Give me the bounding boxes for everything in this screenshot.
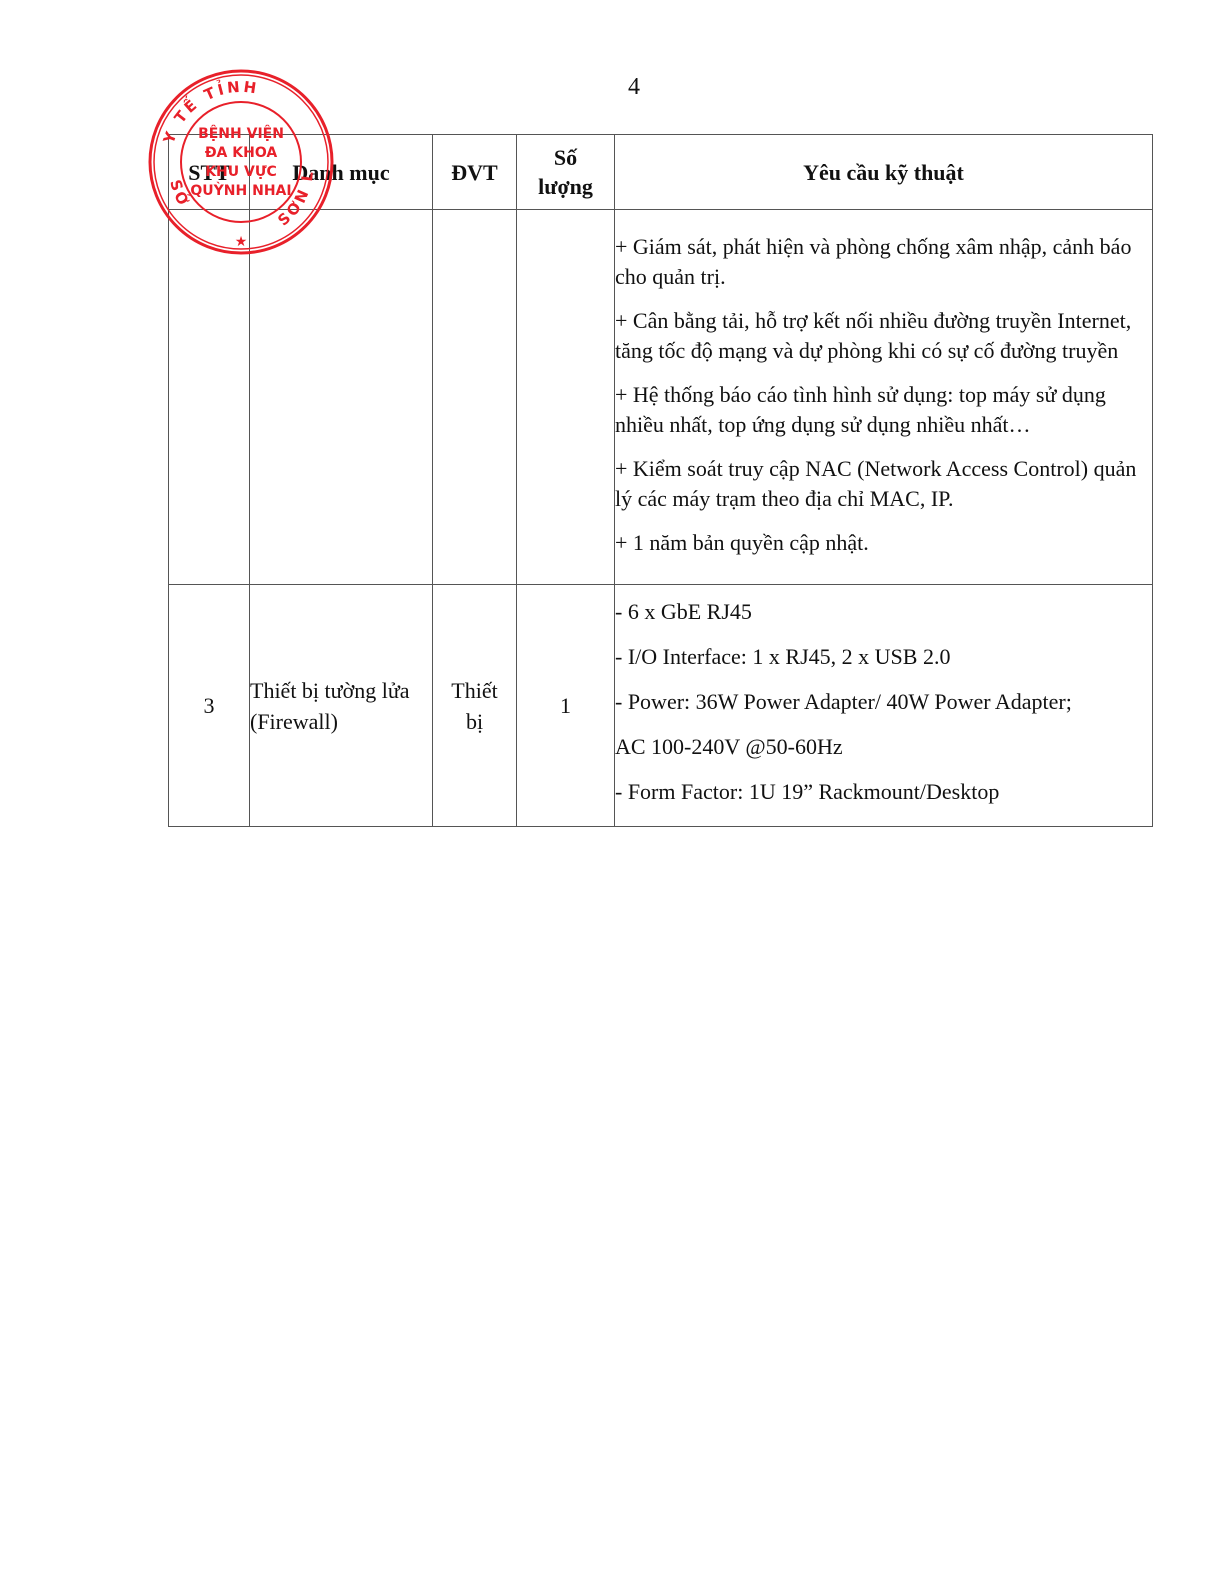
- header-stt: STT: [169, 135, 250, 210]
- requirement-item: + Cân bằng tải, hỗ trợ kết nối nhiều đườ…: [615, 306, 1152, 366]
- cell-name: Thiết bị tường lửa (Firewall): [250, 585, 433, 827]
- requirement-item: + Giám sát, phát hiện và phòng chống xâm…: [615, 232, 1152, 292]
- cell-quantity: 1: [517, 585, 615, 827]
- requirement-item: - Power: 36W Power Adapter/ 40W Power Ad…: [615, 679, 1152, 724]
- cell-name: [250, 210, 433, 585]
- cell-unit: Thiết bị: [433, 585, 517, 827]
- header-requirements: Yêu cầu kỹ thuật: [615, 135, 1153, 210]
- requirement-item: - I/O Interface: 1 x RJ45, 2 x USB 2.0: [615, 634, 1152, 679]
- table-header-row: STT Danh mục ĐVT Số lượng Yêu cầu kỹ thu…: [169, 135, 1153, 210]
- cell-unit: [433, 210, 517, 585]
- header-quantity-line2: lượng: [517, 172, 614, 201]
- header-name: Danh mục: [250, 135, 433, 210]
- requirements-list: - 6 x GbE RJ45 - I/O Interface: 1 x RJ45…: [615, 585, 1152, 826]
- requirements-list: + Giám sát, phát hiện và phòng chống xâm…: [615, 222, 1152, 558]
- requirement-item: - 6 x GbE RJ45: [615, 589, 1152, 634]
- table-row: + Giám sát, phát hiện và phòng chống xâm…: [169, 210, 1153, 585]
- page-number: 4: [0, 72, 1224, 102]
- requirement-item: AC 100-240V @50-60Hz: [615, 724, 1152, 769]
- requirement-item: - Form Factor: 1U 19” Rackmount/Desktop: [615, 769, 1152, 814]
- table-row: 3 Thiết bị tường lửa (Firewall) Thiết bị…: [169, 585, 1153, 827]
- cell-stt: [169, 210, 250, 585]
- cell-requirements: + Giám sát, phát hiện và phòng chống xâm…: [615, 210, 1153, 585]
- header-quantity: Số lượng: [517, 135, 615, 210]
- technical-spec-table: STT Danh mục ĐVT Số lượng Yêu cầu kỹ thu…: [168, 134, 1153, 827]
- cell-unit-text: Thiết bị: [447, 675, 503, 737]
- requirement-item: + Kiểm soát truy cập NAC (Network Access…: [615, 454, 1152, 514]
- requirement-item: + 1 năm bản quyền cập nhật.: [615, 528, 1152, 558]
- cell-stt: 3: [169, 585, 250, 827]
- requirement-item: + Hệ thống báo cáo tình hình sử dụng: to…: [615, 380, 1152, 440]
- cell-requirements: - 6 x GbE RJ45 - I/O Interface: 1 x RJ45…: [615, 585, 1153, 827]
- header-quantity-line1: Số: [517, 143, 614, 172]
- header-unit: ĐVT: [433, 135, 517, 210]
- cell-quantity: [517, 210, 615, 585]
